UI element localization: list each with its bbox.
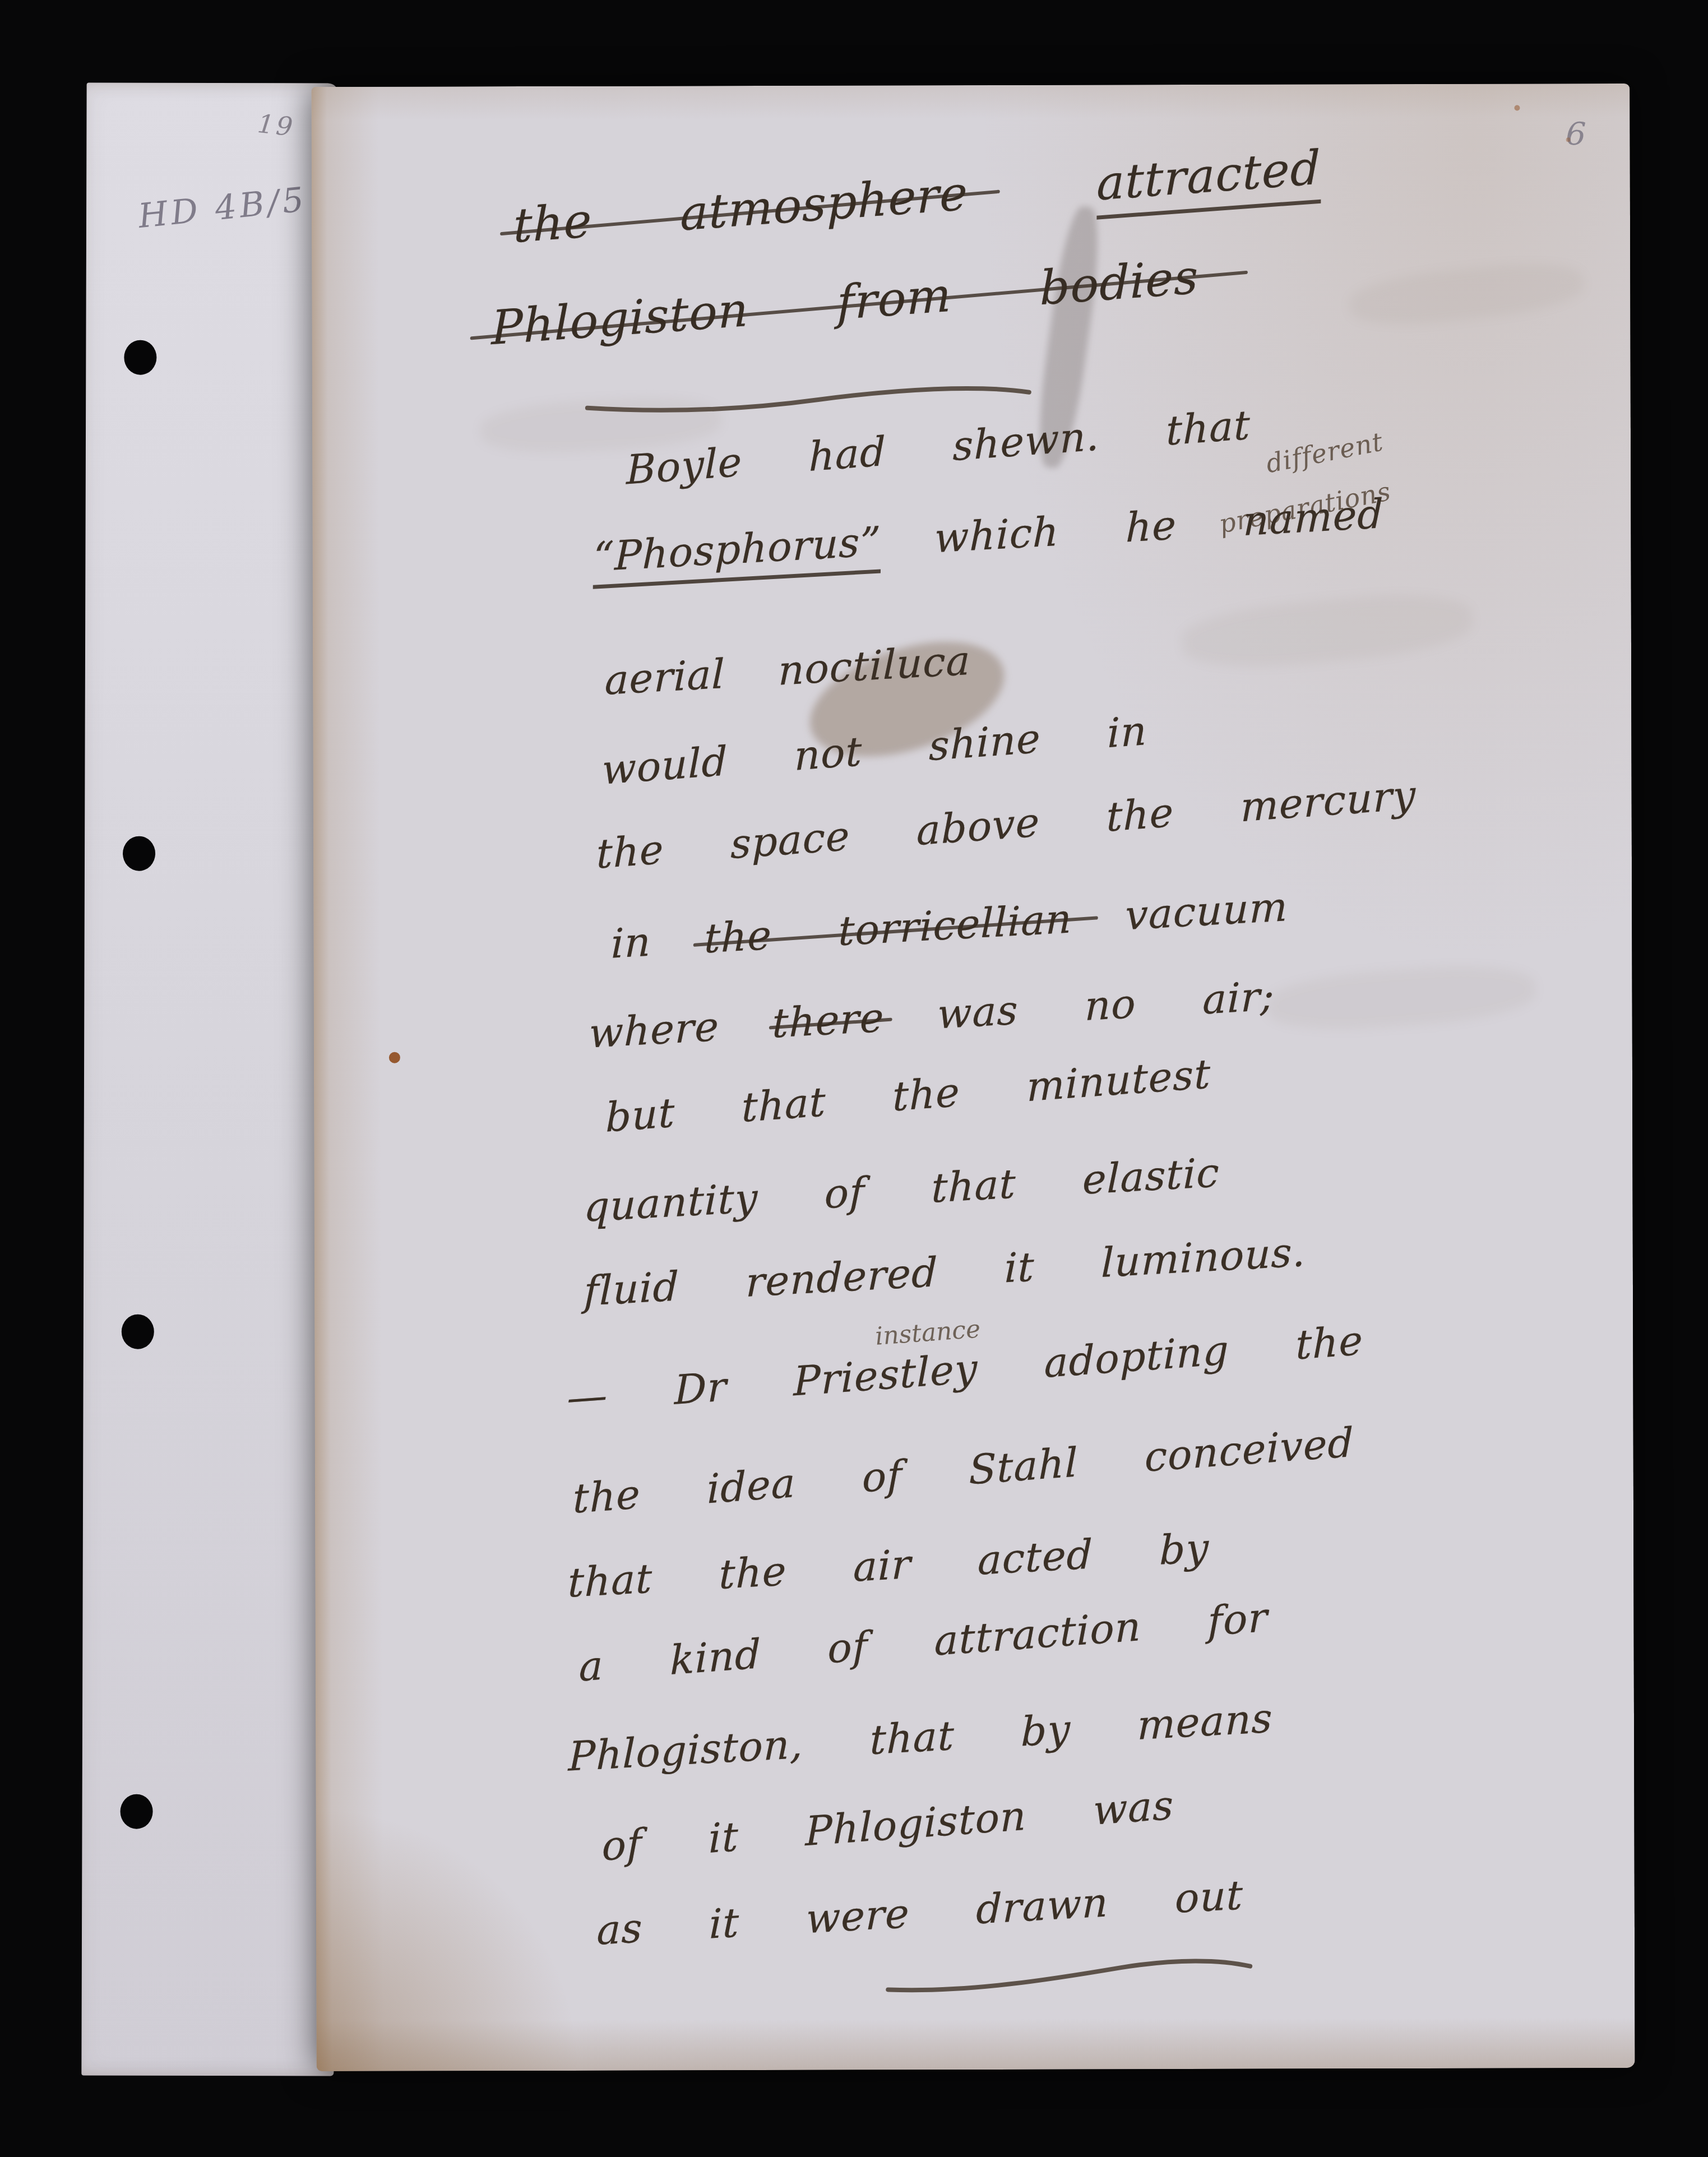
sheet-number: 19 bbox=[256, 108, 297, 142]
manuscript-line: of it Phlogiston was bbox=[601, 1781, 1174, 1869]
manuscript-page: 6 different preparations instance the at… bbox=[311, 84, 1635, 2071]
show-through-mark bbox=[1179, 587, 1475, 674]
manuscript-line: quantity of that elastic bbox=[584, 1149, 1220, 1231]
manuscript-segment: of it Phlogiston was bbox=[601, 1781, 1174, 1869]
fox-spot bbox=[389, 1052, 400, 1063]
heading-segment: the atmosphere bbox=[513, 165, 968, 253]
punch-hole bbox=[124, 340, 156, 375]
fox-spot bbox=[1566, 137, 1571, 142]
manuscript-segment: quantity of that elastic bbox=[584, 1149, 1220, 1231]
manuscript-line: fluid rendered it luminous. bbox=[584, 1228, 1306, 1315]
heading-line: the atmosphereattracted bbox=[513, 140, 1321, 262]
page-number: 6 bbox=[1566, 116, 1587, 153]
manuscript-line: but that the minutest bbox=[605, 1050, 1211, 1141]
manuscript-segment: the torricellian bbox=[704, 895, 1073, 962]
manuscript-segment: the idea of Stahl conceived bbox=[573, 1419, 1354, 1522]
manuscript-line: the idea of Stahl conceived bbox=[573, 1419, 1354, 1522]
manuscript-segment: that the air acted by bbox=[567, 1524, 1209, 1607]
manuscript-line: inthe torricellianvacuum bbox=[610, 883, 1288, 968]
manuscript-segment: fluid rendered it luminous. bbox=[584, 1228, 1306, 1315]
manuscript-line: a kind of attraction for bbox=[579, 1593, 1268, 1690]
fox-spot bbox=[1514, 105, 1520, 110]
show-through-mark bbox=[1265, 960, 1538, 1035]
manuscript-segment: but that the minutest bbox=[605, 1050, 1211, 1141]
manuscript-segment: vacuum bbox=[1125, 883, 1289, 939]
manuscript-segment: Phlogiston, that by means bbox=[568, 1695, 1273, 1780]
photo-background: 19 HD 4B/5 6 different preparations inst… bbox=[0, 0, 1708, 2157]
manuscript-segment: “Phosphorus” bbox=[593, 517, 882, 589]
guard-strip: 19 HD 4B/5 bbox=[81, 82, 339, 2076]
flourish-underline bbox=[885, 1954, 1255, 1997]
show-through-mark bbox=[1347, 256, 1586, 331]
manuscript-segment: in bbox=[610, 918, 651, 968]
manuscript-segment: as it were drawn out bbox=[596, 1871, 1243, 1954]
punch-hole bbox=[123, 836, 155, 871]
manuscript-line: wheretherewas no air; bbox=[589, 972, 1275, 1057]
punch-hole bbox=[122, 1314, 154, 1349]
manuscript-segment: a kind of attraction for bbox=[579, 1593, 1268, 1690]
manuscript-segment: aerial bbox=[604, 650, 725, 704]
marginal-note-line: different bbox=[1263, 426, 1386, 479]
reference-code: HD 4B/5 bbox=[136, 180, 309, 236]
heading-segment: attracted bbox=[1096, 140, 1321, 219]
manuscript-segment: was no air; bbox=[937, 972, 1275, 1038]
manuscript-line: as it were drawn out bbox=[596, 1871, 1243, 1954]
manuscript-segment: the space above the mercury bbox=[596, 771, 1416, 877]
manuscript-line: “Phosphorus”which he named bbox=[593, 490, 1384, 589]
manuscript-segment: which he named bbox=[934, 490, 1384, 562]
heading-line: Phlogiston from bodies bbox=[491, 249, 1198, 355]
manuscript-segment: there bbox=[772, 994, 885, 1047]
punch-hole bbox=[120, 1794, 152, 1829]
manuscript-line: the space above the mercury bbox=[596, 771, 1416, 877]
heading-segment: Phlogiston from bodies bbox=[491, 249, 1198, 355]
manuscript-line: Phlogiston, that by means bbox=[568, 1695, 1273, 1780]
manuscript-segment: where bbox=[589, 1003, 720, 1057]
manuscript-line: that the air acted by bbox=[567, 1524, 1209, 1607]
